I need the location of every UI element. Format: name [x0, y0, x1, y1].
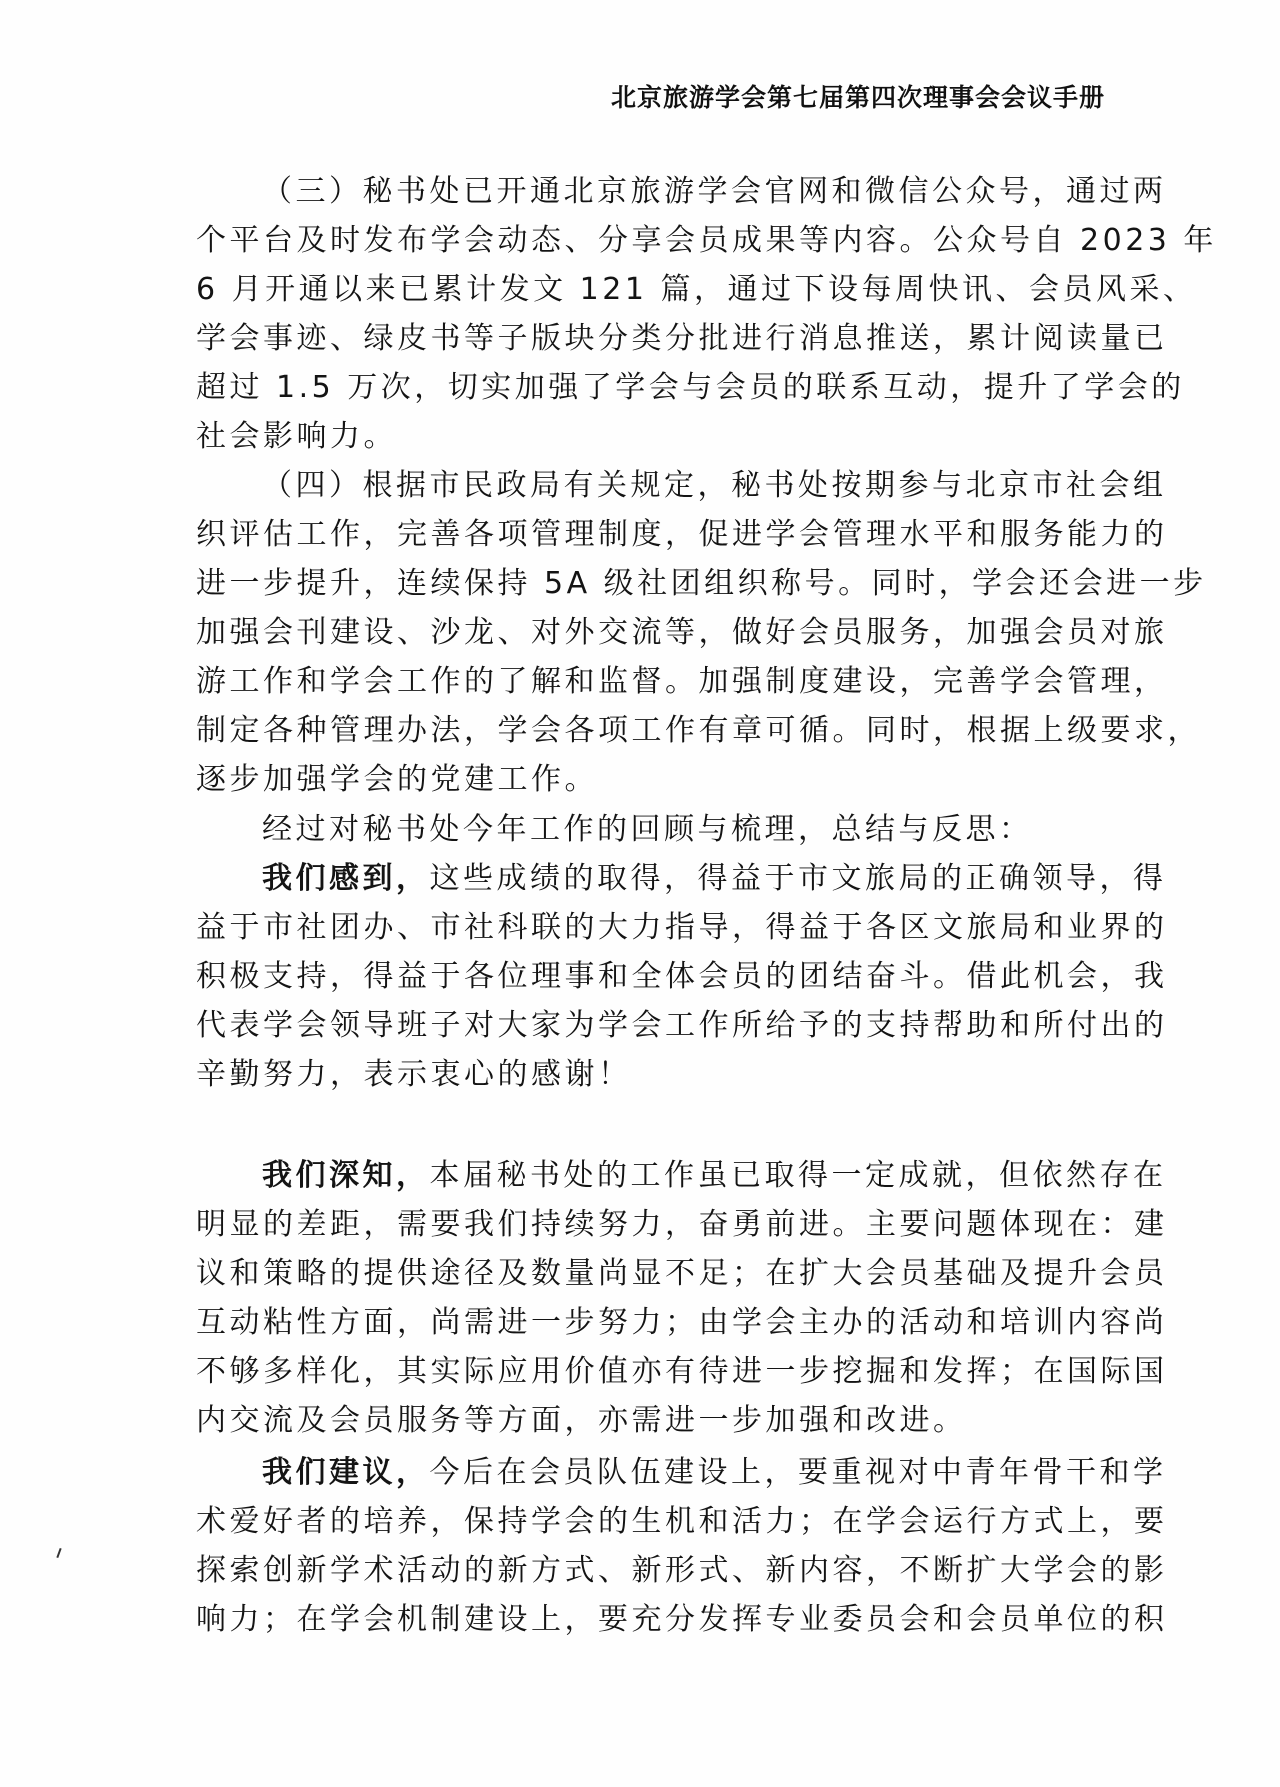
- review-line: 经过对秘书处今年工作的回顾与梳理，总结与反思：: [262, 810, 1162, 850]
- paragraph-4-line: 逐步加强学会的党建工作。: [196, 760, 1096, 800]
- suggest-first-rest: 今后在会员队伍建设上，要重视对中青年骨干和学: [430, 1455, 1167, 1490]
- feel-paragraph-first-line: 我们感到，这些成绩的取得，得益于市文旅局的正确领导，得: [262, 859, 1162, 899]
- feel-line: 辛勤努力，表示衷心的感谢！: [196, 1055, 1096, 1095]
- know-line: 明显的差距，需要我们持续努力，奋勇前进。主要问题体现在：建: [196, 1205, 1096, 1245]
- know-first-rest: 本届秘书处的工作虽已取得一定成就，但依然存在: [430, 1158, 1167, 1193]
- suggest-paragraph-first-line: 我们建议，今后在会员队伍建设上，要重视对中青年骨干和学: [262, 1453, 1162, 1493]
- feel-line: 代表学会领导班子对大家为学会工作所给予的支持帮助和所付出的: [196, 1006, 1096, 1046]
- paragraph-3-line: 超过 1.5 万次，切实加强了学会与会员的联系互动，提升了学会的: [196, 368, 1096, 408]
- scan-speck: [56, 1548, 61, 1558]
- paragraph-3-line: 学会事迹、绿皮书等子版块分类分批进行消息推送，累计阅读量已: [196, 319, 1096, 359]
- feel-first-rest: 这些成绩的取得，得益于市文旅局的正确领导，得: [430, 861, 1167, 896]
- paragraph-3-line: 社会影响力。: [196, 417, 1096, 457]
- know-lead: 我们深知，: [262, 1158, 430, 1193]
- document-page: 北京旅游学会第七届第四次理事会会议手册 （三）秘书处已开通北京旅游学会官网和微信…: [0, 0, 1280, 1787]
- feel-line: 益于市社团办、市社科联的大力指导，得益于各区文旅局和业界的: [196, 908, 1096, 948]
- paragraph-3-line: 6 月开通以来已累计发文 121 篇，通过下设每周快讯、会员风采、: [196, 270, 1096, 310]
- paragraph-4-line: 加强会刊建设、沙龙、对外交流等，做好会员服务，加强会员对旅: [196, 613, 1096, 653]
- feel-line: 积极支持，得益于各位理事和全体会员的团结奋斗。借此机会，我: [196, 957, 1096, 997]
- paragraph-4-line: 进一步提升，连续保持 5A 级社团组织称号。同时，学会还会进一步: [196, 564, 1096, 604]
- suggest-line: 探索创新学术活动的新方式、新形式、新内容，不断扩大学会的影: [196, 1551, 1096, 1591]
- running-header: 北京旅游学会第七届第四次理事会会议手册: [611, 78, 1105, 114]
- know-line: 议和策略的提供途径及数量尚显不足；在扩大会员基础及提升会员: [196, 1254, 1096, 1294]
- suggest-lead: 我们建议，: [262, 1455, 430, 1490]
- paragraph-3-line: 个平台及时发布学会动态、分享会员成果等内容。公众号自 2023 年: [196, 221, 1096, 261]
- paragraph-4-line: 游工作和学会工作的了解和监督。加强制度建设，完善学会管理，: [196, 662, 1096, 702]
- feel-lead: 我们感到，: [262, 861, 430, 896]
- paragraph-3-line: （三）秘书处已开通北京旅游学会官网和微信公众号，通过两: [262, 172, 1162, 212]
- know-line: 内交流及会员服务等方面，亦需进一步加强和改进。: [196, 1401, 1096, 1441]
- suggest-line: 响力；在学会机制建设上，要充分发挥专业委员会和会员单位的积: [196, 1600, 1096, 1640]
- paragraph-4-line: 织评估工作，完善各项管理制度，促进学会管理水平和服务能力的: [196, 515, 1096, 555]
- paragraph-4-line: 制定各种管理办法，学会各项工作有章可循。同时，根据上级要求，: [196, 711, 1096, 751]
- know-paragraph-first-line: 我们深知，本届秘书处的工作虽已取得一定成就，但依然存在: [262, 1156, 1162, 1196]
- know-line: 互动粘性方面，尚需进一步努力；由学会主办的活动和培训内容尚: [196, 1303, 1096, 1343]
- know-line: 不够多样化，其实际应用价值亦有待进一步挖掘和发挥；在国际国: [196, 1352, 1096, 1392]
- paragraph-4-line: （四）根据市民政局有关规定，秘书处按期参与北京市社会组: [262, 466, 1162, 506]
- suggest-line: 术爱好者的培养，保持学会的生机和活力；在学会运行方式上，要: [196, 1502, 1096, 1542]
